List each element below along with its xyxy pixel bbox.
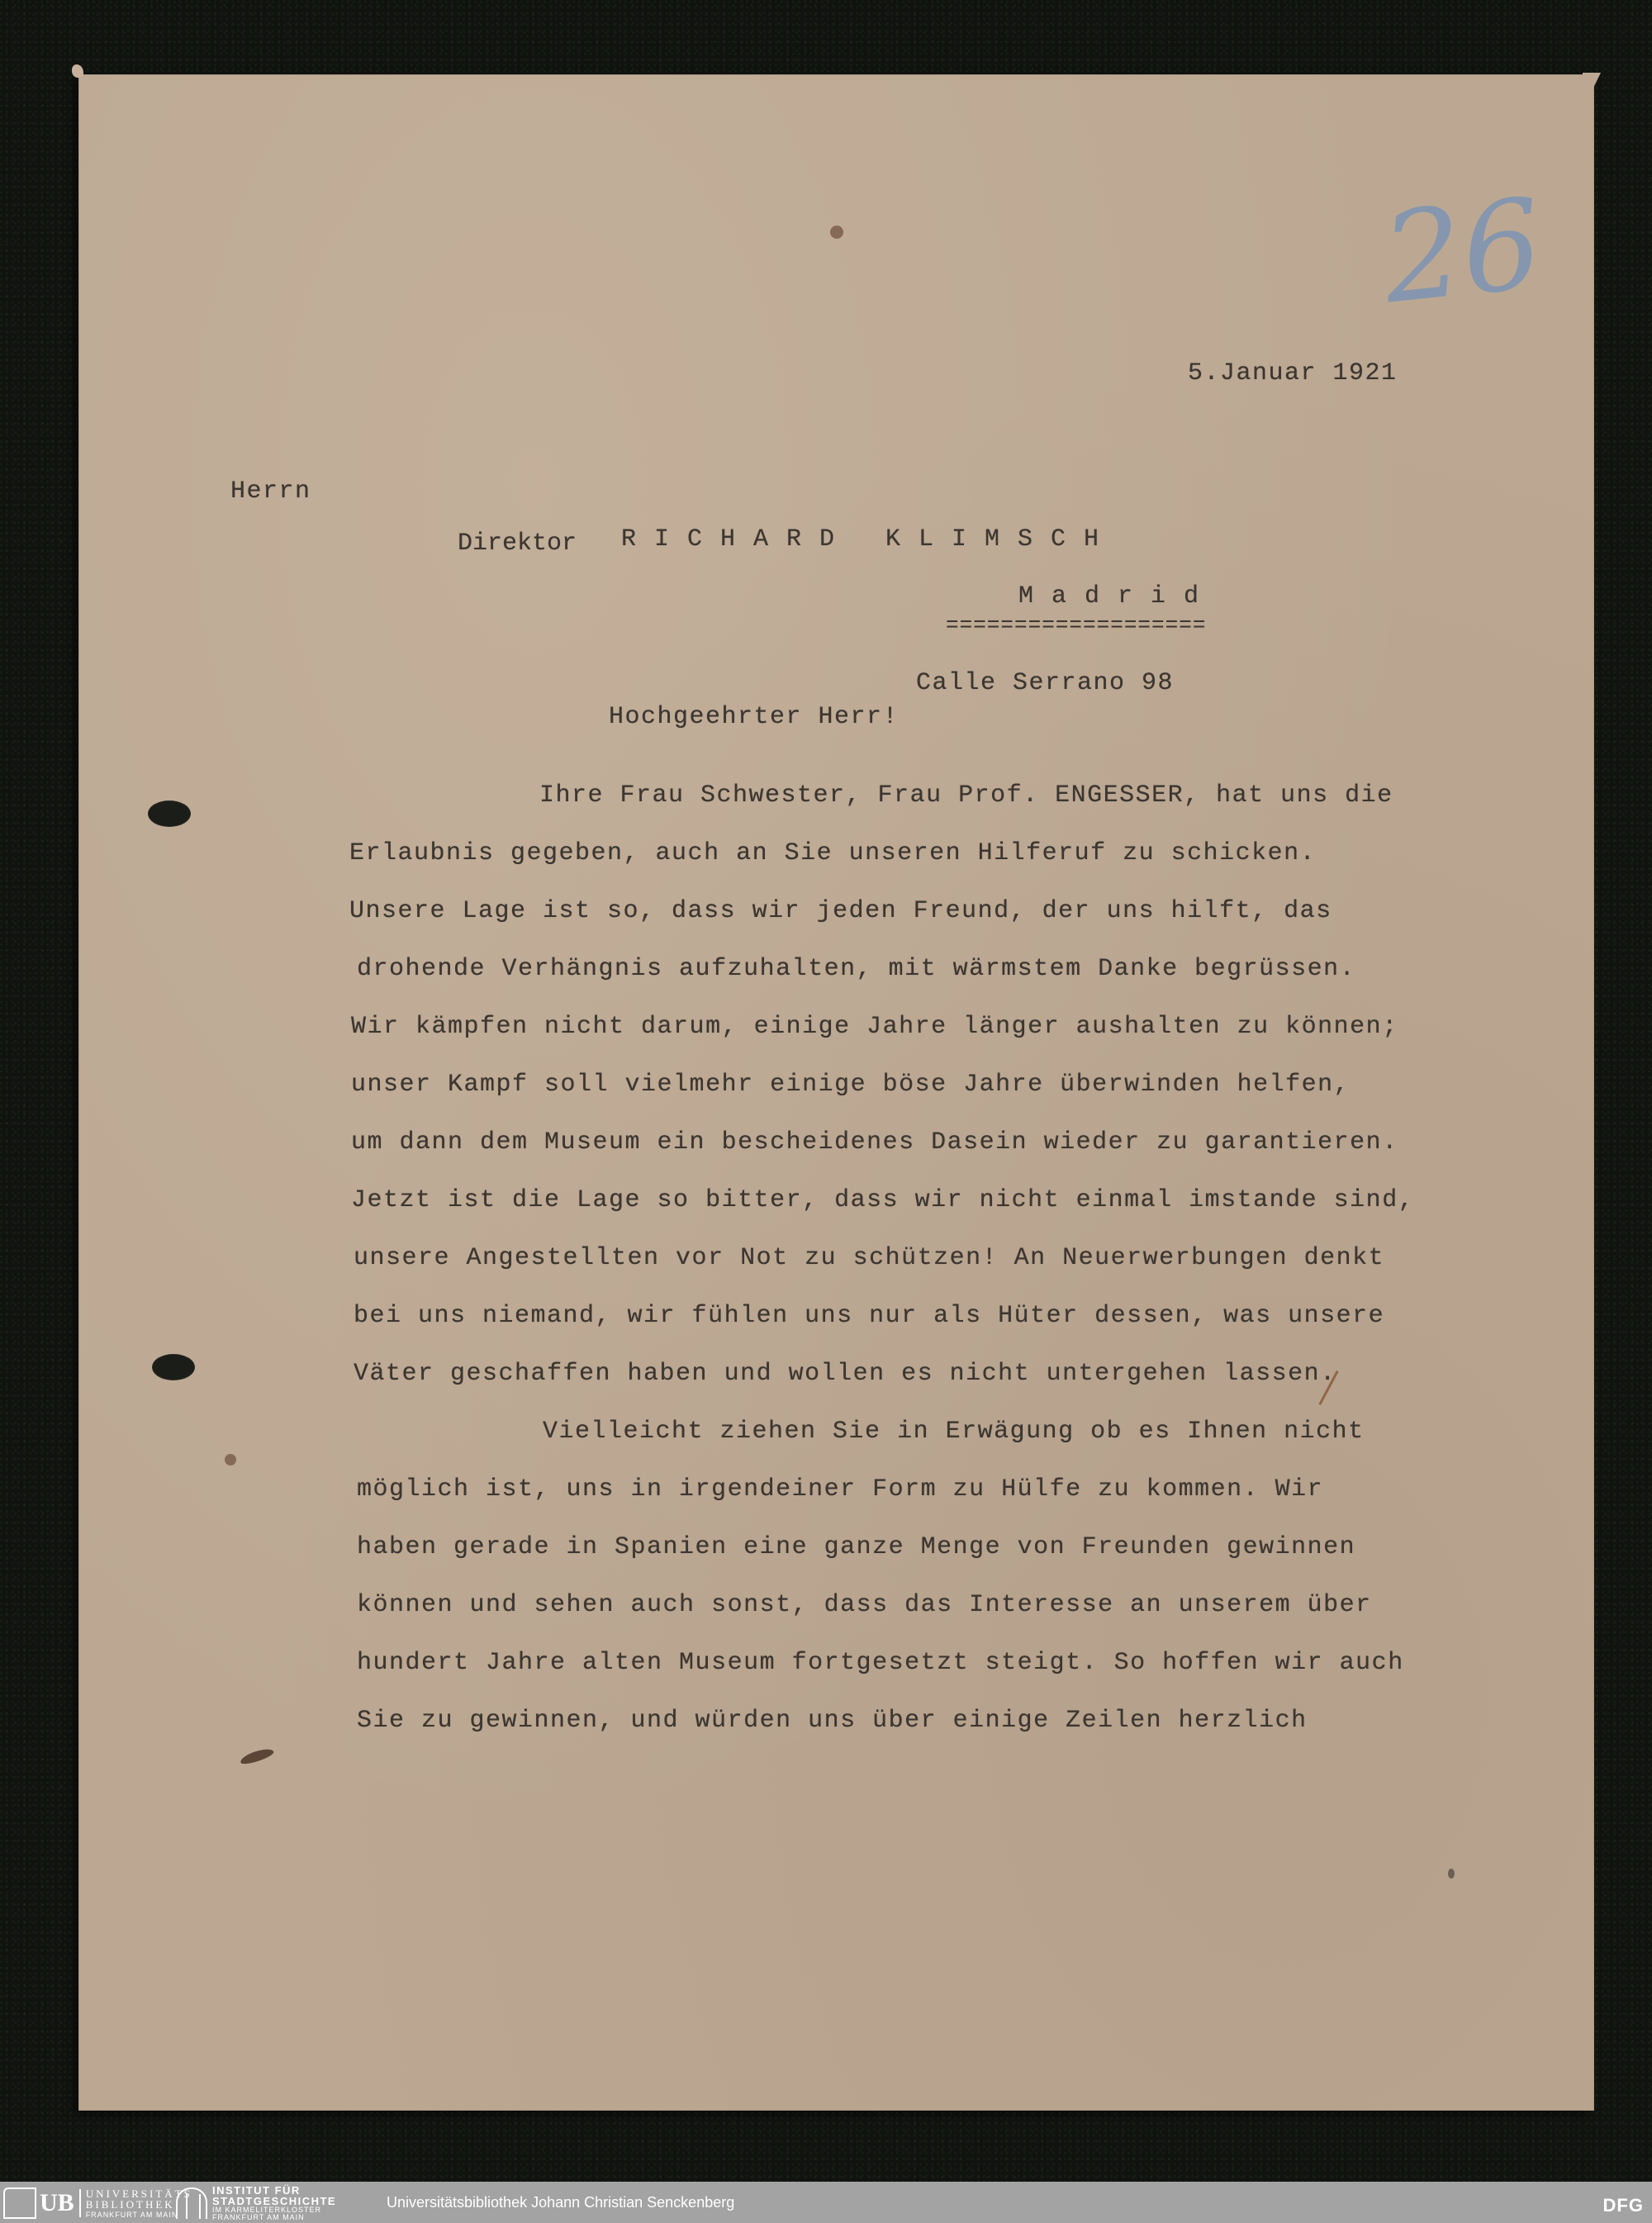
body-line: möglich ist, uns in irgendeiner Form zu … [357, 1477, 1323, 1502]
body-line: bei uns niemand, wir fühlen uns nur als … [354, 1304, 1384, 1328]
body-line: können und sehen auch sonst, dass das In… [357, 1593, 1372, 1617]
ub-letters: UB [40, 2189, 74, 2217]
body-line: Sie zu gewinnen, und würden uns über ein… [357, 1708, 1308, 1733]
body-line: Väter geschaffen haben und wollen es nic… [354, 1361, 1336, 1386]
body-line: unsere Angestellten vor Not zu schützen!… [354, 1246, 1384, 1271]
page-tear-mark [72, 64, 83, 78]
recipient-city: Madrid [1018, 584, 1217, 609]
letter-page: 26 5.Januar 1921 Herrn Direktor RICHARD … [78, 74, 1594, 2111]
punch-hole-bottom [153, 1355, 194, 1380]
salutation-to: Herrn [230, 479, 311, 504]
body-line: Jetzt ist die Lage so bitter, dass wir n… [351, 1188, 1414, 1213]
body-line: unser Kampf soll vielmehr einige böse Ja… [351, 1072, 1350, 1097]
body-line: um dann dem Museum ein bescheidenes Dase… [351, 1130, 1398, 1155]
body-line: hundert Jahre alten Museum fortgesetzt s… [357, 1651, 1404, 1675]
letter-greeting: Hochgeehrter Herr! [609, 705, 899, 729]
body-line: Vielleicht ziehen Sie in Erwägung ob es … [543, 1419, 1365, 1444]
city-underline: =================== [946, 615, 1206, 636]
stain-spot [830, 226, 843, 239]
ub-frankfurt-logo[interactable]: UB UNIVERSITÄTS BIBLIOTHEK FRANKFURT AM … [3, 2187, 192, 2220]
stain-spot [1448, 1869, 1455, 1879]
isg-frankfurt-logo[interactable]: INSTITUT FÜR STADTGESCHICHTE IM KARMELIT… [176, 2187, 336, 2220]
body-line: haben gerade in Spanien eine ganze Menge… [357, 1535, 1355, 1560]
archive-number-handwritten: 26 [1378, 182, 1548, 321]
recipient-street: Calle Serrano 98 [916, 671, 1174, 696]
footer-bar: UB UNIVERSITÄTS BIBLIOTHEK FRANKFURT AM … [0, 2182, 1652, 2223]
ub-emblem-icon [3, 2187, 36, 2219]
letter-date: 5.Januar 1921 [1188, 361, 1398, 386]
recipient-title: Direktor [458, 531, 577, 556]
body-line: Ihre Frau Schwester, Frau Prof. ENGESSER… [539, 783, 1393, 808]
punch-hole-top [149, 801, 190, 826]
stain-spot [225, 1454, 236, 1465]
isg-line-4: FRANKFURT AM MAIN [212, 2214, 336, 2221]
ink-smudge [239, 1746, 275, 1766]
dfg-logo[interactable]: DFG [1603, 2195, 1644, 2216]
body-line: Unsere Lage ist so, dass wir jeden Freun… [349, 899, 1332, 924]
body-line: Wir kämpfen nicht darum, einige Jahre lä… [351, 1014, 1398, 1039]
arch-icon [176, 2187, 207, 2219]
logo-divider [79, 2189, 81, 2217]
footer-institution-title: Universitätsbibliothek Johann Christian … [387, 2194, 734, 2211]
body-line: Erlaubnis gegeben, auch an Sie unseren H… [349, 841, 1316, 866]
body-line: drohende Verhängnis aufzuhalten, mit wär… [357, 957, 1355, 981]
recipient-name: RICHARD KLIMSCH [621, 527, 1117, 552]
